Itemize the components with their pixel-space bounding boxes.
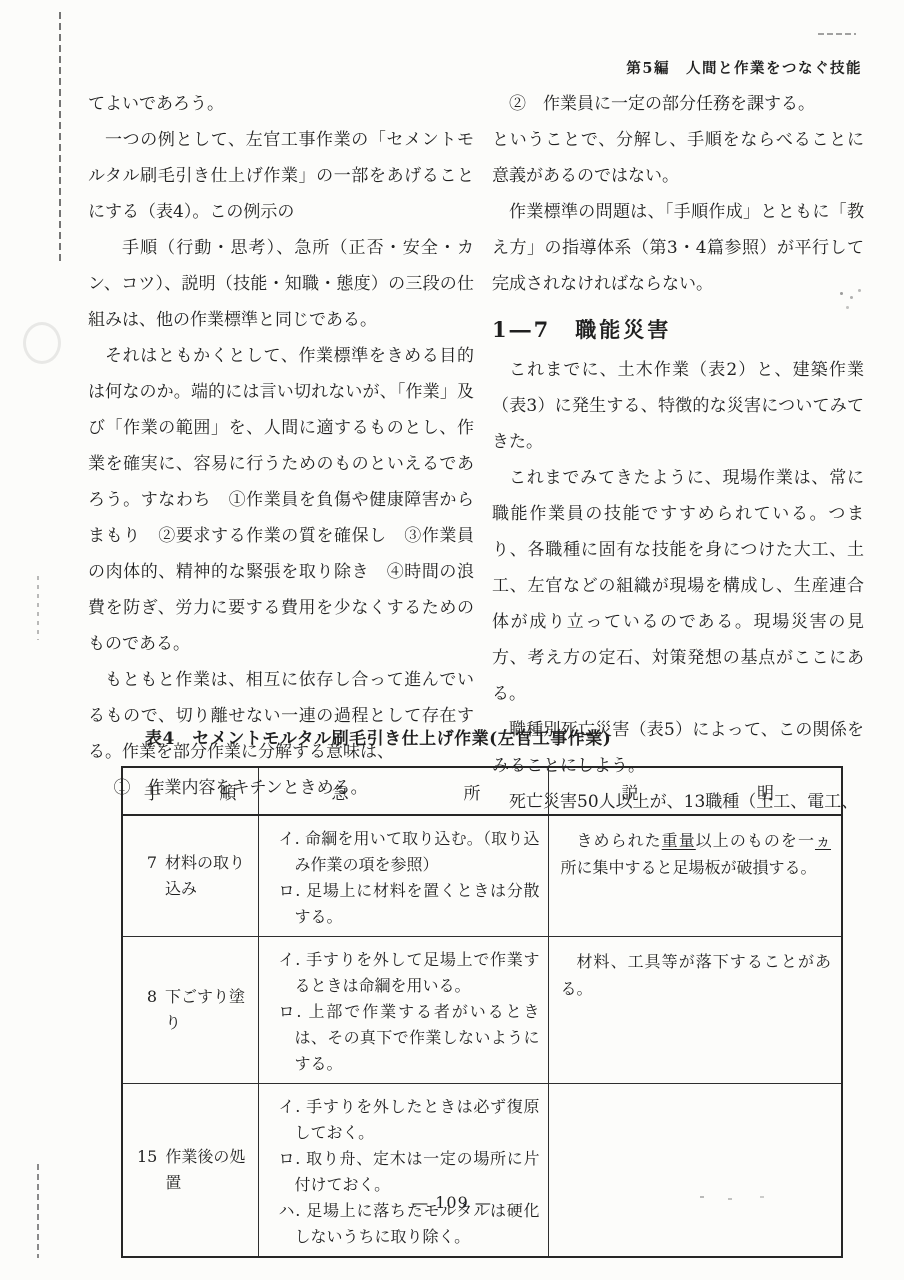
kyusho-item: ロ. 取り舟、定木は一定の場所に片付けておく。	[295, 1146, 543, 1198]
table-row: 8 下ごすり塗り イ. 手すりを外して足場上で作業するときは命綱を用いる。ロ. …	[122, 937, 842, 1084]
text-segment: 所に集中すると足場板が破損する。	[561, 858, 817, 877]
step-cell: 7 材料の取り込み	[122, 815, 258, 937]
scan-artifact-top-right-dash	[818, 33, 856, 35]
kyusho-item: イ. 手すりを外して足場上で作業するときは命綱を用いる。	[295, 947, 543, 999]
paragraph: 作業標準の問題は、「手順作成」とともに「教え方」の指導体系（第3・4篇参照）が平…	[492, 194, 864, 302]
right-column-top: ② 作業員に一定の部分任務を課する。ということで、分解し、手順をならべることに意…	[492, 86, 864, 302]
column-header-kyusho: 急所	[258, 767, 548, 815]
header-char: 明	[757, 779, 774, 804]
header-char: 急	[332, 779, 349, 804]
step-cell: 8 下ごすり塗り	[122, 937, 258, 1084]
left-column: てよいであろう。一つの例として、左官工事作業の「セメントモルタル刷毛引き仕上げ作…	[88, 86, 474, 806]
step-name: 下ごすり塗り	[165, 984, 254, 1036]
paragraph: ② 作業員に一定の部分任務を課する。	[492, 86, 864, 122]
table-caption: 表4 セメントモルタル刷毛引き仕上げ作業(左官工事作業)	[145, 724, 611, 749]
column-header-setsumei: 説明	[548, 767, 842, 815]
scan-artifact-hole-punch-ghost	[23, 322, 61, 364]
step-number: 7	[137, 850, 157, 902]
scan-artifact-binding-line	[59, 12, 61, 264]
step-cell: 15 作業後の処置	[122, 1084, 258, 1258]
scanned-document-page: 第5編 人間と作業をつなぐ技能 てよいであろう。一つの例として、左官工事作業の「…	[0, 0, 904, 1280]
header-char: 順	[220, 779, 237, 804]
table4: 手順 急所 説明 7 材料の取り込み イ. 命綱を用いて取り込む。（取り込み作業…	[121, 766, 843, 1258]
kyusho-item: ロ. 上部で作業する者がいるときは、その真下で作業しないようにする。	[295, 999, 543, 1077]
paragraph: 一つの例として、左官工事作業の「セメントモルタル刷毛引き仕上げ作業」の一部をあげ…	[88, 122, 474, 230]
kyusho-item: イ. 命綱を用いて取り込む。（取り込み作業の項を参照）	[295, 826, 543, 878]
paragraph: もともと作業は、相互に依存し合って進んでいるもので、切り離せない一連の過程として…	[88, 662, 474, 770]
paragraph: 手順（行動・思考）、急所（正否・安全・カン、コツ）、説明（技能・知職・態度）の三…	[88, 230, 474, 338]
text-segment: 材料、工具等が落下することがある。	[561, 952, 832, 998]
setsumei-cell: きめられた重量以上のものを一ヵ所に集中すると足場板が破損する。	[548, 815, 842, 937]
paragraph: それはともかくとして、作業標準をきめる目的は何なのか。端的には言い切れないが、「…	[88, 338, 474, 662]
underlined-text: 重量	[662, 831, 696, 850]
right-column-bottom: これまでに、土木作業（表2）と、建築作業（表3）に発生する、特徴的な災害について…	[492, 352, 864, 820]
kyusho-item: ロ. 足場上に材料を置くときは分散する。	[295, 878, 543, 930]
scan-artifact-margin-dashes	[37, 576, 39, 640]
table-header-row: 手順 急所 説明	[122, 767, 842, 815]
paragraph: これまでに、土木作業（表2）と、建築作業（表3）に発生する、特徴的な災害について…	[492, 352, 864, 460]
kyusho-cell: イ. 手すりを外して足場上で作業するときは命綱を用いる。ロ. 上部で作業する者が…	[258, 937, 548, 1084]
paragraph: これまでみてきたように、現場作業は、常に職能作業員の技能ですすめられている。つま…	[492, 460, 864, 712]
step-name: 作業後の処置	[165, 1144, 253, 1196]
right-column: ② 作業員に一定の部分任務を課する。ということで、分解し、手順をならべることに意…	[492, 86, 864, 820]
underlined-text: ヵ	[815, 831, 831, 850]
step-number: 8	[137, 984, 157, 1036]
table-row: 7 材料の取り込み イ. 命綱を用いて取り込む。（取り込み作業の項を参照）ロ. …	[122, 815, 842, 937]
kyusho-cell: イ. 手すりを外したときは必ず復原しておく。ロ. 取り舟、定木は一定の場所に片付…	[258, 1084, 548, 1258]
header-char: 手	[144, 779, 161, 804]
paragraph: ということで、分解し、手順をならべることに意義があるのではない。	[492, 122, 864, 194]
header-char: 説	[622, 779, 639, 804]
paragraph: てよいであろう。	[88, 86, 474, 122]
text-segment: 以上のものを一	[696, 831, 815, 850]
setsumei-cell: 材料、工具等が落下することがある。	[548, 937, 842, 1084]
setsumei-cell	[548, 1084, 842, 1258]
page-number: — 109 —	[0, 1193, 904, 1212]
kyusho-cell: イ. 命綱を用いて取り込む。（取り込み作業の項を参照）ロ. 足場上に材料を置くと…	[258, 815, 548, 937]
header-char: 所	[464, 779, 481, 804]
column-header-tejun: 手順	[122, 767, 258, 815]
table-row: 15 作業後の処置 イ. 手すりを外したときは必ず復原しておく。ロ. 取り舟、定…	[122, 1084, 842, 1258]
kyusho-item: イ. 手すりを外したときは必ず復原しておく。	[295, 1094, 543, 1146]
section-heading: 1―7 職能災害	[492, 315, 864, 345]
running-header: 第5編 人間と作業をつなぐ技能	[626, 57, 862, 78]
step-name: 材料の取り込み	[165, 850, 254, 902]
text-segment: きめられた	[577, 831, 662, 850]
step-number: 15	[137, 1144, 157, 1196]
